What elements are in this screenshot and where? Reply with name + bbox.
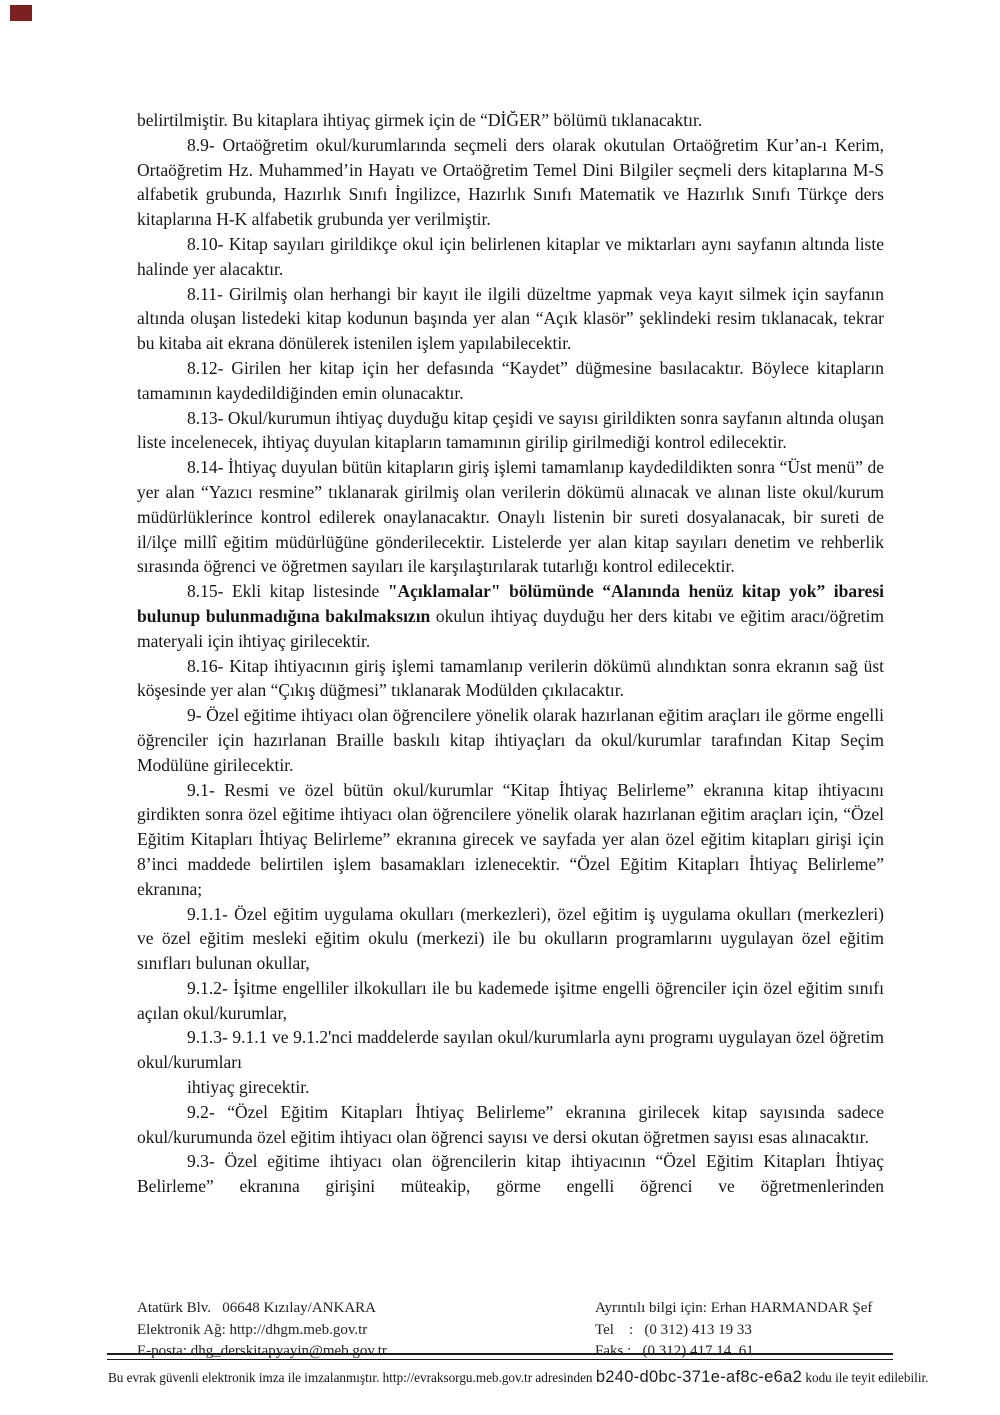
paragraph-8-9: 8.9- Ortaöğretim okul/kurumlarında seçme… [137, 133, 884, 232]
e-signature-verification-line: Bu evrak güvenli elektronik imza ile imz… [108, 1368, 938, 1387]
paragraph-8-14: 8.14- İhtiyaç duyulan bütün kitapların g… [137, 455, 884, 579]
verification-suffix: kodu ile teyit edilebilir. [802, 1370, 928, 1385]
paragraph-9-1-3: 9.1.3- 9.1.1 ve 9.1.2'nci maddelerde say… [137, 1025, 884, 1075]
text-segment: belirtilmiştir. Bu kitaplara ihtiyaç gir… [137, 110, 702, 130]
text-segment: 9.1.2- İşitme engelliler ilkokulları ile… [137, 978, 884, 1023]
text-segment: 9.1.3- 9.1.1 ve 9.1.2'nci maddelerde say… [137, 1027, 884, 1072]
text-segment: 8.13- Okul/kurumun ihtiyaç duyduğu kitap… [137, 408, 884, 453]
text-segment: 8.10- Kitap sayıları girildikçe okul içi… [137, 234, 884, 279]
paragraph-8-13: 8.13- Okul/kurumun ihtiyaç duyduğu kitap… [137, 406, 884, 456]
verification-code: b240-d0bc-371e-af8c-e6a2 [596, 1368, 802, 1386]
text-segment: 8.14- İhtiyaç duyulan bütün kitapların g… [137, 457, 884, 576]
verification-prefix: Bu evrak güvenli elektronik imza ile imz… [108, 1370, 596, 1385]
text-segment: 8.9- Ortaöğretim okul/kurumlarında seçme… [137, 135, 884, 229]
paragraph-ihtiyac: ihtiyaç girecektir. [137, 1075, 884, 1100]
paragraph-9-2: 9.2- “Özel Eğitim Kitapları İhtiyaç Beli… [137, 1100, 884, 1150]
footer-divider [107, 1353, 893, 1360]
footer-line: Ayrıntılı bilgi için: Erhan HARMANDAR Şe… [595, 1298, 872, 1320]
text-segment: 9.1.1- Özel eğitim uygulama okulları (me… [137, 904, 884, 974]
scan-corner-stamp [10, 5, 32, 21]
text-segment: ihtiyaç girecektir. [187, 1077, 309, 1097]
paragraph-8-10: 8.10- Kitap sayıları girildikçe okul içi… [137, 232, 884, 282]
text-segment: 8.12- Girilen her kitap için her defasın… [137, 358, 884, 403]
footer-line: Atatürk Blv. 06648 Kızılay/ANKARA [137, 1298, 387, 1320]
text-segment: 8.16- Kitap ihtiyacının giriş işlemi tam… [137, 656, 884, 701]
text-segment: 9.1- Resmi ve özel bütün okul/kurumlar “… [137, 780, 884, 899]
text-segment: 8.15- Ekli kitap listesinde [187, 581, 388, 601]
paragraph-8-15: 8.15- Ekli kitap listesinde "Açıklamalar… [137, 579, 884, 653]
paragraph-9-1: 9.1- Resmi ve özel bütün okul/kurumlar “… [137, 778, 884, 902]
text-segment: 8.11- Girilmiş olan herhangi bir kayıt i… [137, 284, 884, 354]
paragraph-8-11: 8.11- Girilmiş olan herhangi bir kayıt i… [137, 282, 884, 356]
paragraph-8-12: 8.12- Girilen her kitap için her defasın… [137, 356, 884, 406]
paragraph-9-1-2: 9.1.2- İşitme engelliler ilkokulları ile… [137, 976, 884, 1026]
paragraph-9-3: 9.3- Özel eğitime ihtiyacı olan öğrencil… [137, 1149, 884, 1199]
document-body: belirtilmiştir. Bu kitaplara ihtiyaç gir… [137, 108, 884, 1199]
paragraph-intro: belirtilmiştir. Bu kitaplara ihtiyaç gir… [137, 108, 884, 133]
paragraph-9-1-1: 9.1.1- Özel eğitim uygulama okulları (me… [137, 902, 884, 976]
paragraph-9: 9- Özel eğitime ihtiyacı olan öğrenciler… [137, 703, 884, 777]
paragraph-8-16: 8.16- Kitap ihtiyacının giriş işlemi tam… [137, 654, 884, 704]
text-segment: 9.2- “Özel Eğitim Kitapları İhtiyaç Beli… [137, 1102, 884, 1147]
text-segment: 9.3- Özel eğitime ihtiyacı olan öğrencil… [137, 1151, 884, 1196]
text-segment: 9- Özel eğitime ihtiyacı olan öğrenciler… [137, 705, 884, 775]
footer-line: Tel : (0 312) 413 19 33 [595, 1320, 872, 1342]
footer-line: Elektronik Ağ: http://dhgm.meb.gov.tr [137, 1320, 387, 1342]
